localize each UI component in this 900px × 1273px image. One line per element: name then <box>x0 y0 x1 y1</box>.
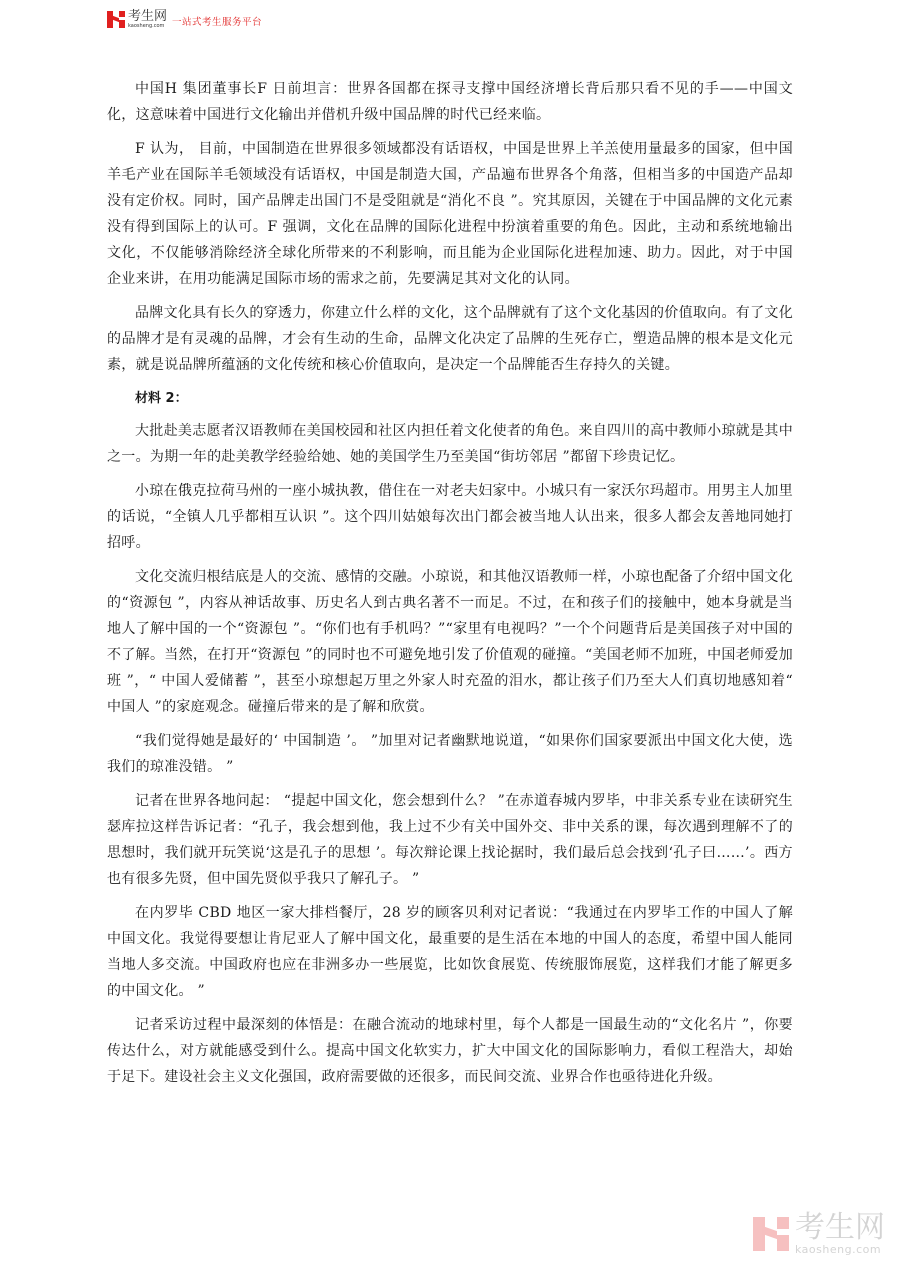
paragraph: 中国H 集团董事长F 日前坦言：世界各国都在探寻支撑中国经济增长背后那只看不见的… <box>107 76 793 128</box>
watermark: 考生网 kaosheng.com <box>753 1213 885 1255</box>
kaosheng-watermark-icon <box>753 1217 789 1251</box>
logo-cn: 考生网 <box>128 10 167 23</box>
paragraph: 记者在世界各地问起： “提起中国文化，您会想到什么？ ”在赤道春城内罗毕，中非关… <box>107 788 793 892</box>
paragraph: “我们觉得她是最好的‘ 中国制造 ’。 ”加里对记者幽默地说道，“如果你们国家要… <box>107 728 793 780</box>
paragraph: 大批赴美志愿者汉语教师在美国校园和社区内担任着文化使者的角色。来自四川的高中教师… <box>107 418 793 470</box>
paragraph: F 认为， 目前，中国制造在世界很多领域都没有话语权，中国是世界上羊羔使用量最多… <box>107 136 793 292</box>
watermark-en: kaosheng.com <box>795 1244 885 1255</box>
paragraph: 记者采访过程中最深刻的体悟是：在融合流动的地球村里，每个人都是一国最生动的“文化… <box>107 1012 793 1090</box>
watermark-cn: 考生网 <box>795 1213 885 1243</box>
paragraph: 在内罗毕 CBD 地区一家大排档餐厅，28 岁的顾客贝利对记者说：“我通过在内罗… <box>107 900 793 1004</box>
section-heading: 材料 2： <box>107 386 793 412</box>
paragraph: 小琼在俄克拉荷马州的一座小城执教，借住在一对老夫妇家中。小城只有一家沃尔玛超市。… <box>107 478 793 556</box>
logo-en: kaosheng.com <box>128 24 167 29</box>
watermark-text: 考生网 kaosheng.com <box>795 1213 885 1255</box>
paragraph: 文化交流归根结底是人的交流、感情的交融。小琼说，和其他汉语教师一样，小琼也配备了… <box>107 564 793 720</box>
logo-text: 考生网 kaosheng.com <box>128 10 167 29</box>
paragraph: 品牌文化具有长久的穿透力，你建立什么样的文化，这个品牌就有了这个文化基因的价值取… <box>107 300 793 378</box>
kaosheng-logo-icon <box>107 11 125 28</box>
page-header: 考生网 kaosheng.com 一站式考生服务平台 <box>107 8 262 30</box>
document-body: 中国H 集团董事长F 日前坦言：世界各国都在探寻支撑中国经济增长背后那只看不见的… <box>107 76 793 1098</box>
tagline: 一站式考生服务平台 <box>172 14 262 28</box>
